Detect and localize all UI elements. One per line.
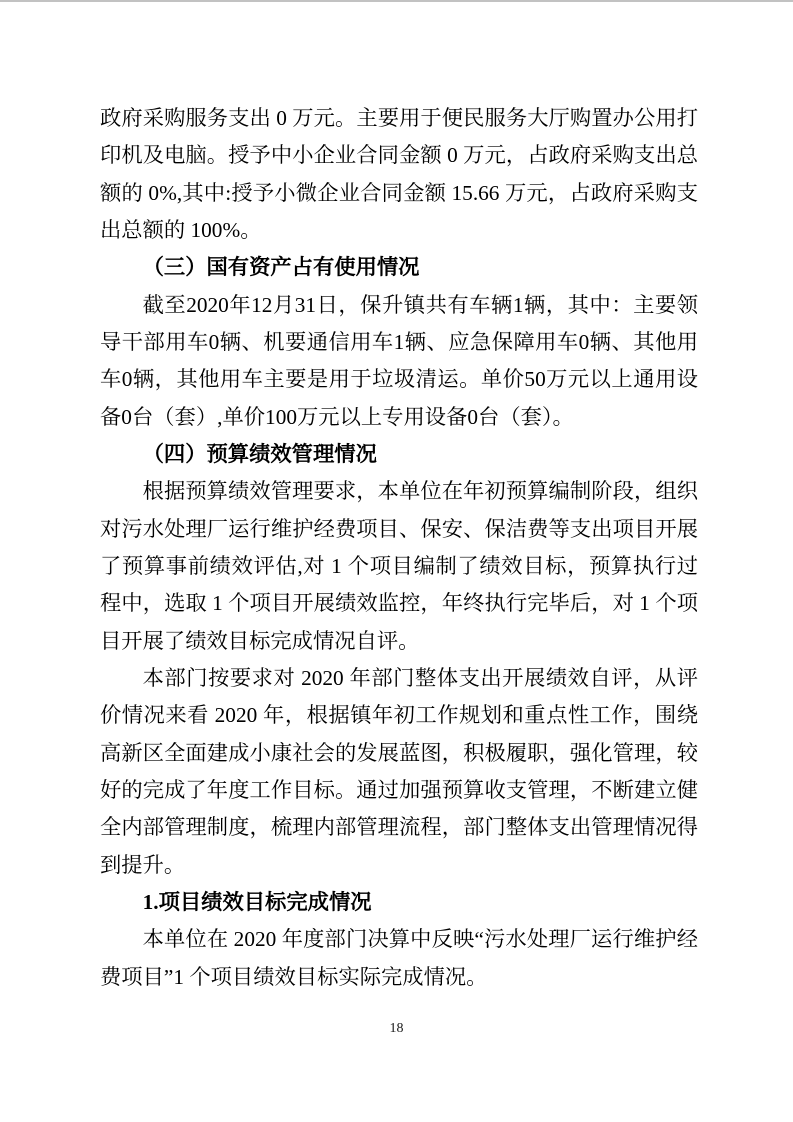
paragraph-government-procurement: 政府采购服务支出 0 万元。主要用于便民服务大厅购置办公用打印机及电脑。授予中小…	[100, 100, 698, 249]
page-number: 18	[0, 1020, 793, 1038]
paragraph-budget-performance-management: 根据预算绩效管理要求，本单位在年初预算编制阶段，组织对污水处理厂运行维护经费项目…	[100, 473, 698, 660]
heading-section-3-state-owned-assets: （三）国有资产占有使用情况	[100, 249, 698, 286]
document-page: 政府采购服务支出 0 万元。主要用于便民服务大厅购置办公用打印机及电脑。授予中小…	[0, 0, 793, 1122]
page-top-edge-line	[0, 0, 793, 2]
paragraph-self-evaluation-2020: 本部门按要求对 2020 年部门整体支出开展绩效自评，从评价情况来看 2020 …	[100, 660, 698, 884]
paragraph-state-owned-assets: 截至2020年12月31日，保升镇共有车辆1辆，其中：主要领导干部用车0辆、机要…	[100, 287, 698, 436]
heading-section-4-budget-performance: （四）预算绩效管理情况	[100, 436, 698, 473]
paragraph-project-performance-completion: 本单位在 2020 年度部门决算中反映“污水处理厂运行维护经费项目”1 个项目绩…	[100, 921, 698, 996]
document-body: 政府采购服务支出 0 万元。主要用于便民服务大厅购置办公用打印机及电脑。授予中小…	[100, 100, 698, 996]
heading-project-performance-target: 1.项目绩效目标完成情况	[100, 884, 698, 921]
